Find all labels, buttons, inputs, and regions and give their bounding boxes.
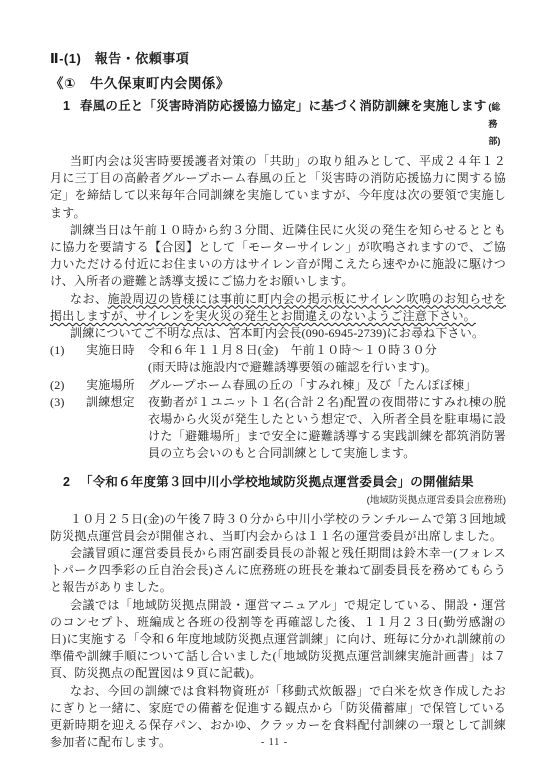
detail-row-1: (1) 実施日時 令和６年１１月８日(金) 午前１０時～１０時３０分 (雨天時は… <box>50 342 506 376</box>
item-1-number: 1 <box>63 98 80 115</box>
page-number: - 11 - <box>0 737 549 748</box>
item-1-title-text: 春風の丘と「災害時消防応援協力協定」に基づく消防訓練を実施します <box>80 98 486 115</box>
detail-1-text: 令和６年１１月８日(金) 午前１０時～１０時３０分 <box>148 343 437 357</box>
detail-3-text: 夜勤者が１ユニット１名(合計２名)配置の夜間帯にすみれ棟の脱衣場から火災が発生し… <box>148 394 506 463</box>
item-1-paragraph-3-prefix: なお、 <box>70 292 108 306</box>
item-2-paragraph-2: 会議冒頭に運営委員長から雨宮副委員長の訃報と残任期間は鈴木幸一(フォレストパーク… <box>50 545 506 597</box>
item-2-number: 2 <box>63 474 80 491</box>
detail-3-number: (3) <box>50 394 86 463</box>
detail-2-label: 実施場所 <box>86 377 148 394</box>
item-1-paragraph-2: 訓練当日は午前１０時から約３分間、近隣住民に火災の発生を知らせるとともに協力を要… <box>50 222 506 291</box>
detail-1-body: 令和６年１１月８日(金) 午前１０時～１０時３０分 (雨天時は施設内で避難誘導要… <box>148 342 506 376</box>
section-heading: Ⅱ-(1) 報告・依頼事項 <box>50 50 506 68</box>
item-2-title-text: 「令和６年度第３回中川小学校地域防災拠点運営委員会」の開催結果 <box>80 474 474 491</box>
detail-3-label: 訓練想定 <box>86 394 148 463</box>
item-1-paragraph-3-underlined-caution: 施設周辺の皆様には事前に町内会の掲示板にサイレン吹鳴のお知らせを掲出しますが、サ… <box>50 292 506 323</box>
detail-2-number: (2) <box>50 377 86 394</box>
detail-1-note: (雨天時は施設内で避難誘導要領の確認を行います)。 <box>148 360 437 374</box>
item-1-details-list: (1) 実施日時 令和６年１１月８日(金) 午前１０時～１０時３０分 (雨天時は… <box>50 342 506 462</box>
page-content: Ⅱ-(1) 報告・依頼事項 《① 牛久保東町内会関係》 1 春風の丘と「災害時消… <box>0 0 549 752</box>
item-2-subtitle-committee: (地域防災拠点運営委員会庶務班) <box>50 494 506 508</box>
item-1-paragraph-4: 訓練についてご不明な点は、宮本町内会長(090-6945-2739)にお尋ね下さ… <box>50 325 506 342</box>
group-heading: 《① 牛久保東町内会関係》 <box>50 74 506 93</box>
detail-row-3: (3) 訓練想定 夜勤者が１ユニット１名(合計２名)配置の夜間帯にすみれ棟の脱衣… <box>50 394 506 463</box>
detail-1-number: (1) <box>50 342 86 376</box>
item-2: 2 「令和６年度第３回中川小学校地域防災拠点運営委員会」の開催結果 (地域防災拠… <box>50 474 506 752</box>
detail-1-label: 実施日時 <box>86 342 148 376</box>
detail-row-2: (2) 実施場所 グループホーム春風の丘の「すみれ棟」及び「たんぽぽ棟」 <box>50 377 506 394</box>
item-1-paragraph-3: なお、施設周辺の皆様には事前に町内会の掲示板にサイレン吹鳴のお知らせを掲出します… <box>50 291 506 325</box>
item-1: 1 春風の丘と「災害時消防応援協力協定」に基づく消防訓練を実施します (総務部)… <box>50 98 506 463</box>
document-page: Ⅱ-(1) 報告・依頼事項 《① 牛久保東町内会関係》 1 春風の丘と「災害時消… <box>0 0 549 775</box>
detail-2-text: グループホーム春風の丘の「すみれ棟」及び「たんぽぽ棟」 <box>148 377 506 394</box>
item-2-title: 2 「令和６年度第３回中川小学校地域防災拠点運営委員会」の開催結果 <box>63 474 506 491</box>
item-2-paragraph-1: １０月２５日(金)の午後７時３０分から中川小学校のランチルームで第３回地域防災拠… <box>50 511 506 545</box>
item-1-department-label: (総務部) <box>488 99 506 150</box>
item-1-title: 1 春風の丘と「災害時消防応援協力協定」に基づく消防訓練を実施します (総務部) <box>63 98 506 150</box>
item-2-paragraph-3: 会議では「地域防災拠点開設・運営マニュアル」で規定している、開設・運営のコンセプ… <box>50 597 506 683</box>
item-1-paragraph-1: 当町内会は災害時要援護者対策の「共助」の取り組みとして、平成２４年１２月に三丁目… <box>50 153 506 222</box>
